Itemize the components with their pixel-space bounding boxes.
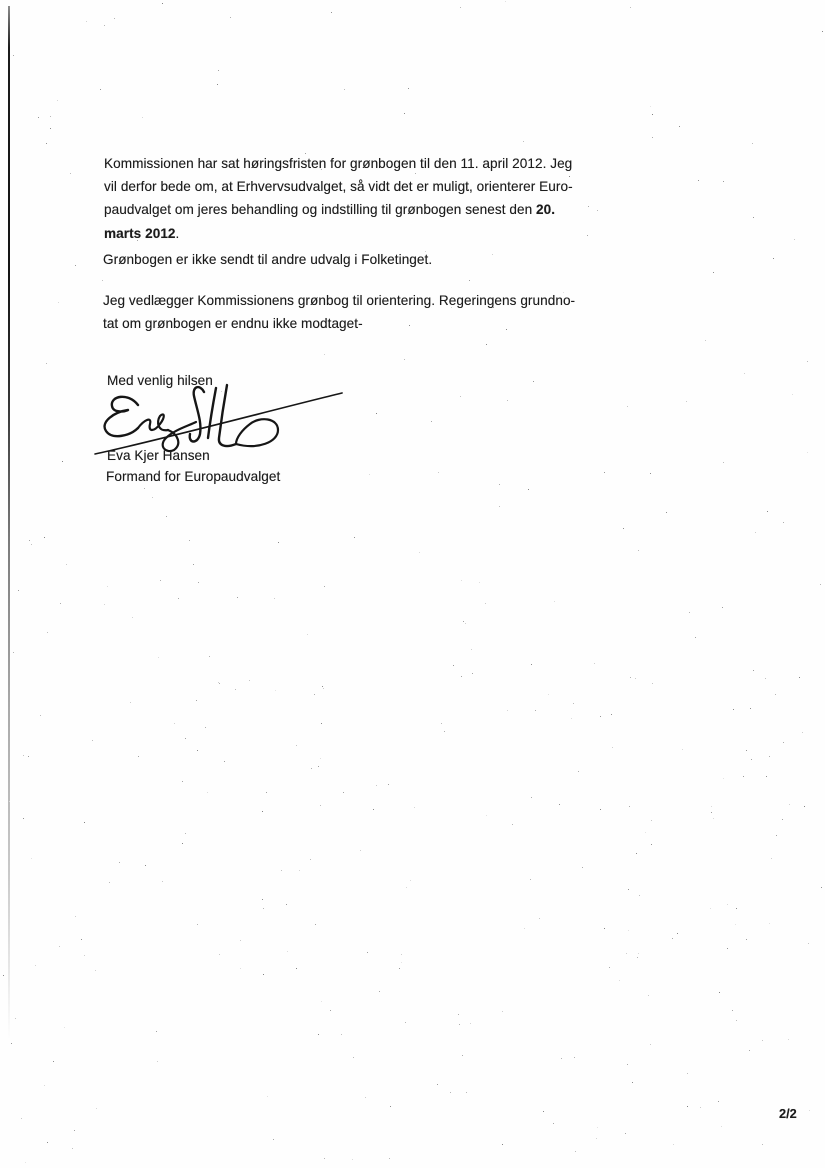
scanned-letter-page: Kommissionen har sat høringsfristen for …	[0, 0, 825, 1168]
paragraph-other-committees: Grønbogen er ikke sendt til andre udvalg…	[103, 248, 588, 271]
paragraph-deadline-text: Kommissionen har sat høringsfristen for …	[104, 156, 573, 217]
paragraph-enclosure: Jeg vedlægger Kommissionens grønbog til …	[103, 289, 603, 335]
signature-title: Formand for Europaudvalget	[106, 467, 280, 487]
scan-edge-artifact	[8, 6, 10, 1040]
scan-noise	[0, 0, 1, 1]
paragraph-deadline: Kommissionen har sat høringsfristen for …	[104, 152, 589, 245]
signature-name: Eva Kjer Hansen	[107, 446, 210, 466]
page-number: 2/2	[779, 1107, 797, 1121]
paragraph-deadline-end: .	[176, 226, 180, 241]
